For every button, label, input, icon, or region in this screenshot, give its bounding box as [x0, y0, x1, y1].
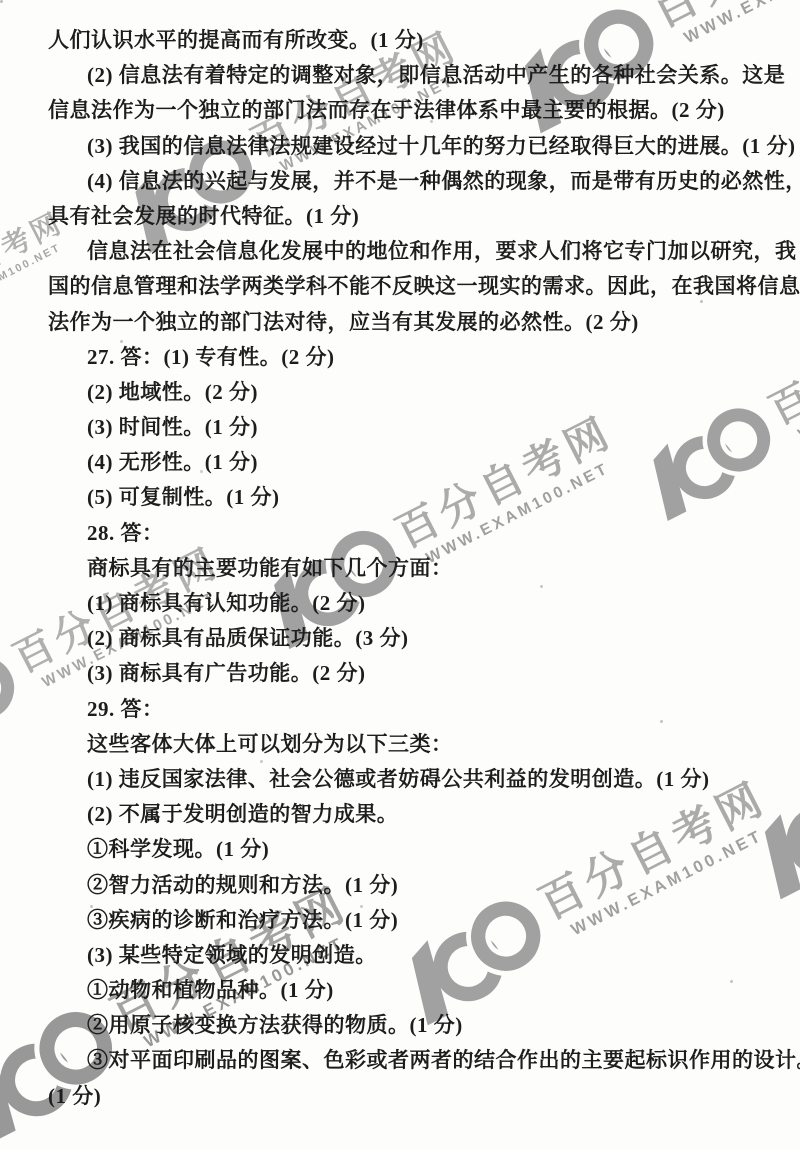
text-line: 具有社会发展的时代特征。(1 分): [0, 199, 800, 234]
text-line: 28. 答：: [0, 516, 800, 551]
text-line: (1) 商标具有认知功能。(2 分): [0, 586, 800, 621]
text-line: (2) 地域性。(2 分): [0, 375, 800, 410]
text-line: ①动物和植物品种。(1 分): [0, 973, 800, 1008]
text-line: ③对平面印刷品的图案、色彩或者两者的结合作出的主要起标识作用的设计。: [0, 1043, 800, 1078]
text-line: (1) 违反国家法律、社会公德或者妨碍公共利益的发明创造。(1 分): [0, 762, 800, 797]
text-line: (2) 商标具有品质保证功能。(3 分): [0, 621, 800, 656]
text-line: 人们认识水平的提高而有所改变。(1 分): [0, 23, 800, 58]
scanned-page: 百分自考网 WWW.EXAM100.NET 百分自考网 WWW.EXAM100.…: [0, 0, 800, 1149]
text-line: (2) 信息法有着特定的调整对象，即信息活动中产生的各种社会关系。这是: [0, 58, 800, 93]
text-line: (3) 商标具有广告功能。(2 分): [0, 656, 800, 691]
text-line: ②用原子核变换方法获得的物质。(1 分): [0, 1008, 800, 1043]
text-line: (1 分): [0, 1079, 800, 1114]
text-line: 这些客体大体上可以划分为以下三类：: [0, 727, 800, 762]
text-line: (4) 信息法的兴起与发展，并不是一种偶然的现象，而是带有历史的必然性，: [0, 164, 800, 199]
answer-text-block: 人们认识水平的提高而有所改变。(1 分)(2) 信息法有着特定的调整对象，即信息…: [0, 0, 800, 1114]
text-line: 法作为一个独立的部门法对待，应当有其发展的必然性。(2 分): [0, 305, 800, 340]
text-line: (2) 不属于发明创造的智力成果。: [0, 797, 800, 832]
text-line: 信息法在社会信息化发展中的地位和作用，要求人们将它专门加以研究，我: [0, 234, 800, 269]
text-line: (3) 时间性。(1 分): [0, 410, 800, 445]
text-line: (5) 可复制性。(1 分): [0, 480, 800, 515]
text-line: (3) 我国的信息法律法规建设经过十几年的努力已经取得巨大的进展。(1 分): [0, 129, 800, 164]
text-line: 信息法作为一个独立的部门法而存在于法律体系中最主要的根据。(2 分): [0, 93, 800, 128]
text-line: 27. 答：(1) 专有性。(2 分): [0, 340, 800, 375]
text-line: (3) 某些特定领域的发明创造。: [0, 938, 800, 973]
text-line: (4) 无形性。(1 分): [0, 445, 800, 480]
text-line: 商标具有的主要功能有如下几个方面：: [0, 551, 800, 586]
text-line: ②智力活动的规则和方法。(1 分): [0, 868, 800, 903]
text-line: 29. 答：: [0, 692, 800, 727]
text-line: 国的信息管理和法学两类学科不能不反映这一现实的需求。因此，在我国将信息: [0, 269, 800, 304]
text-line: ③疾病的诊断和治疗方法。(1 分): [0, 903, 800, 938]
text-line: ①科学发现。(1 分): [0, 832, 800, 867]
